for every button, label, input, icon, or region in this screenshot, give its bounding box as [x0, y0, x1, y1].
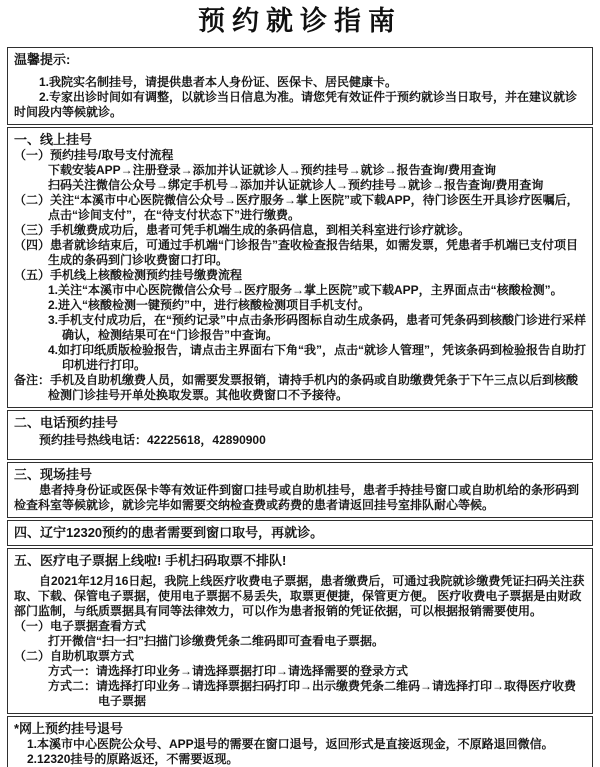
online-flow-wechat: 扫码关注微信公众号→绑定手机号→添加并认证就诊人→预约挂号→就诊→报告查询/费用…: [48, 178, 586, 193]
einvoice-heading: 五、医疗电子票据上线啦! 手机扫码取票不排队!: [14, 553, 586, 569]
hotline-text: 预约挂号热线电话：42225618，42890900: [14, 433, 586, 455]
notice-heading: 温馨提示:: [14, 52, 586, 68]
online-note: 备注：手机及自助机缴费人员，如需要发票报销，请持手机内的条码或自助缴费凭条于下午…: [14, 373, 586, 403]
einvoice-item-2: （二）自助机取票方式: [14, 649, 586, 664]
online-item-4: （四）患者就诊结束后，可通过手机端“门诊报告”查收检查报告结果，如需发票，凭患者…: [14, 238, 586, 268]
nat-step-3: 3.手机支付成功后，在“预约记录”中点击条形码图标自动生成条码，患者可凭条码到核…: [48, 313, 586, 343]
refund-item-2: 2.12320挂号的原路返还，不需要返现。: [27, 752, 586, 767]
phone-heading: 二、电话预约挂号: [14, 415, 586, 431]
phone-registration-section: 二、电话预约挂号 预约挂号热线电话：42225618，42890900: [7, 410, 593, 460]
nat-step-1: 1.关注“本溪市中心医院微信公众号→医疗服务→掌上医院”或下载APP，主界面点击…: [48, 283, 586, 298]
notice-item-2: 2.专家出诊时间如有调整，以就诊当日信息为准。请您凭有效证件于预约就诊当日取号，…: [14, 90, 586, 120]
notice-item-1: 1.我院实名制挂号，请提供患者本人身份证、医保卡、居民健康卡。: [14, 75, 586, 90]
online-item-2: （二）关注“本溪市中心医院微信公众号→医疗服务→掌上医院”或下载APP，待门诊医…: [14, 193, 586, 223]
onsite-heading: 三、现场挂号: [14, 467, 586, 483]
liaoning-12320-heading: 四、辽宁12320预约的患者需要到窗口取号，再就诊。: [14, 525, 586, 541]
notice-box: 温馨提示: 1.我院实名制挂号，请提供患者本人身份证、医保卡、居民健康卡。 2.…: [7, 47, 593, 125]
onsite-paragraph: 患者持身份证或医保卡等有效证件到窗口挂号或自助机挂号，患者手持挂号窗口或自助机给…: [14, 483, 586, 513]
einvoice-method-2: 方式二：请选择打印业务→请选择票据扫码打印→出示缴费凭条二维码→请选择打印→取得…: [48, 679, 586, 709]
page-title: 预约就诊指南: [7, 6, 593, 38]
nat-step-4: 4.如打印纸质版检验报告，请点击主界面右下角“我”，点击“就诊人管理”，凭该条码…: [48, 343, 586, 373]
einvoice-item-1: （一）电子票据查看方式: [14, 619, 586, 634]
refund-heading: *网上预约挂号退号: [14, 721, 586, 737]
nat-step-2: 2.进入“核酸检测一键预约”中，进行核酸检测项目手机支付。: [48, 298, 586, 313]
document-page: 预约就诊指南 温馨提示: 1.我院实名制挂号，请提供患者本人身份证、医保卡、居民…: [0, 0, 600, 767]
einvoice-view-detail: 打开微信“扫一扫”扫描门诊缴费凭条二维码即可查看电子票据。: [48, 634, 586, 649]
refund-item-1: 1.本溪市中心医院公众号、APP退号的需要在窗口退号，返回形式是直接返现金，不原…: [27, 737, 586, 752]
online-heading: 一、线上挂号: [14, 132, 586, 148]
einvoice-method-1: 方式一：请选择打印业务→请选择票据打印→请选择需要的登录方式: [48, 664, 586, 679]
einvoice-intro: 自2021年12月16日起，我院上线医疗收费电子票据，患者缴费后，可通过我院就诊…: [14, 574, 586, 619]
liaoning-12320-section: 四、辽宁12320预约的患者需要到窗口取号，再就诊。: [7, 520, 593, 546]
online-registration-section: 一、线上挂号 （一）预约挂号/取号支付流程 下载安装APP→注册登录→添加并认证…: [7, 127, 593, 408]
refund-section: *网上预约挂号退号 1.本溪市中心医院公众号、APP退号的需要在窗口退号，返回形…: [7, 716, 593, 767]
einvoice-section: 五、医疗电子票据上线啦! 手机扫码取票不排队! 自2021年12月16日起，我院…: [7, 548, 593, 714]
online-item-1: （一）预约挂号/取号支付流程: [14, 148, 586, 163]
online-flow-app: 下载安装APP→注册登录→添加并认证就诊人→预约挂号→就诊→报告查询/费用查询: [48, 163, 586, 178]
online-item-3: （三）手机缴费成功后，患者可凭手机端生成的条码信息，到相关科室进行诊疗就诊。: [14, 223, 586, 238]
onsite-registration-section: 三、现场挂号 患者持身份证或医保卡等有效证件到窗口挂号或自助机挂号，患者手持挂号…: [7, 462, 593, 518]
online-item-5: （五）手机线上核酸检测预约挂号缴费流程: [14, 268, 586, 283]
